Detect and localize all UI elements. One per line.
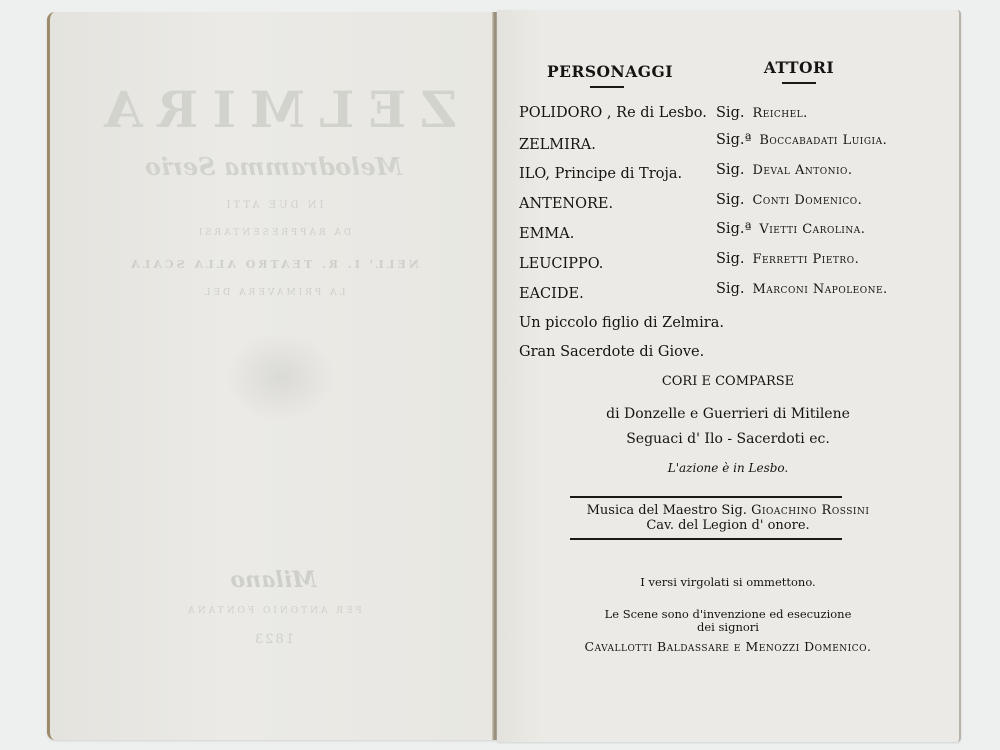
chorus-line: Seguaci d' Ilo - Sacerdoti ec. (497, 431, 959, 447)
actor-name: Deval Antonio. (752, 163, 852, 178)
open-libretto: ZELMIRA Melodramma Serio IN DUE ATTI DA … (0, 0, 1000, 750)
cast-role: Un piccolo figlio di Zelmira. (519, 315, 724, 331)
actor-name: Vietti Carolina. (759, 222, 865, 237)
cast-role: ILO, Principe di Troja. (519, 166, 682, 182)
music-honor: Cav. del Legion d' onore. (497, 518, 959, 533)
actor-title: Sig.ª (716, 221, 751, 237)
scenes-note: dei signori (497, 620, 959, 634)
bleed-through-subtitle: Melodramma Serio (50, 152, 497, 181)
actor-name: Boccabadati Luigia. (759, 133, 887, 148)
music-credit-prefix: Musica del Maestro Sig. (587, 503, 747, 518)
bleed-through-year: 1823 (50, 632, 497, 647)
actor-name: Conti Domenico. (752, 193, 862, 208)
actor-name: Ferretti Pietro. (752, 252, 859, 267)
header-rule (590, 86, 624, 88)
bleed-through-city: Milano (50, 567, 497, 593)
cast-actor: Sig.Conti Domenico. (716, 192, 862, 208)
left-page: ZELMIRA Melodramma Serio IN DUE ATTI DA … (47, 12, 497, 740)
bleed-through-line: DA RAPPRESENTARSI (50, 228, 497, 238)
bleed-through-line: NELL' I. R. TEATRO ALLA SCALA (50, 258, 497, 271)
divider-rule (570, 496, 842, 498)
cast-role: EMMA. (519, 226, 574, 242)
bleed-through-line: LA PRIMAVERA DEL (50, 288, 497, 298)
actor-title: Sig. (716, 281, 744, 297)
setting-note: L'azione è in Lesbo. (497, 461, 959, 475)
chorus-line: di Donzelle e Guerrieri di Mitilene (497, 406, 959, 422)
cast-actor: Sig.ªVietti Carolina. (716, 221, 865, 237)
bleed-through-emblem (225, 332, 335, 422)
music-credit: Musica del Maestro Sig. Gioachino Rossin… (497, 503, 959, 518)
cast-actor: Sig.Reichel. (716, 105, 808, 121)
cast-role: ZELMIRA. (519, 137, 596, 153)
cast-actor: Sig.Deval Antonio. (716, 162, 853, 178)
header-rule (782, 82, 816, 84)
composer-name: Gioachino Rossini (751, 503, 869, 518)
cast-role: EACIDE. (519, 286, 584, 302)
header-attori: ATTORI (759, 58, 839, 84)
actor-name: Marconi Napoleone. (752, 282, 887, 297)
header-attori-label: ATTORI (764, 58, 834, 77)
bleed-through-line: IN DUE ATTI (50, 200, 497, 211)
actor-title: Sig. (716, 251, 744, 267)
cast-role: ANTENORE. (519, 196, 613, 212)
actor-title: Sig.ª (716, 132, 751, 148)
cast-actor: Sig.Marconi Napoleone. (716, 281, 888, 297)
chorus-title: CORI E COMPARSE (497, 374, 959, 389)
cast-role: POLIDORO , Re di Lesbo. (519, 105, 707, 121)
verses-note: I versi virgolati si ommettono. (497, 575, 959, 589)
actor-title: Sig. (716, 192, 744, 208)
actor-title: Sig. (716, 162, 744, 178)
cast-list-page: PERSONAGGI ATTORI POLIDORO , Re di Lesbo… (497, 10, 959, 742)
actor-title: Sig. (716, 105, 744, 121)
bleed-through-title: ZELMIRA (50, 80, 497, 139)
right-page: PERSONAGGI ATTORI POLIDORO , Re di Lesbo… (497, 10, 961, 742)
bleed-through-printer: PER ANTONIO FONTANA (50, 606, 497, 616)
scenographers: Cavallotti Baldassare e Menozzi Domenico… (497, 639, 959, 654)
cast-actor: Sig.Ferretti Pietro. (716, 251, 859, 267)
header-personaggi-label: PERSONAGGI (547, 62, 673, 81)
cast-role: Gran Sacerdote di Giove. (519, 344, 704, 360)
scenes-note: Le Scene sono d'invenzione ed esecuzione (497, 607, 959, 621)
header-personaggi: PERSONAGGI (547, 62, 667, 88)
cast-actor: Sig.ªBoccabadati Luigia. (716, 132, 887, 148)
actor-name: Reichel. (752, 106, 807, 121)
cast-role: LEUCIPPO. (519, 256, 603, 272)
divider-rule (570, 538, 842, 540)
